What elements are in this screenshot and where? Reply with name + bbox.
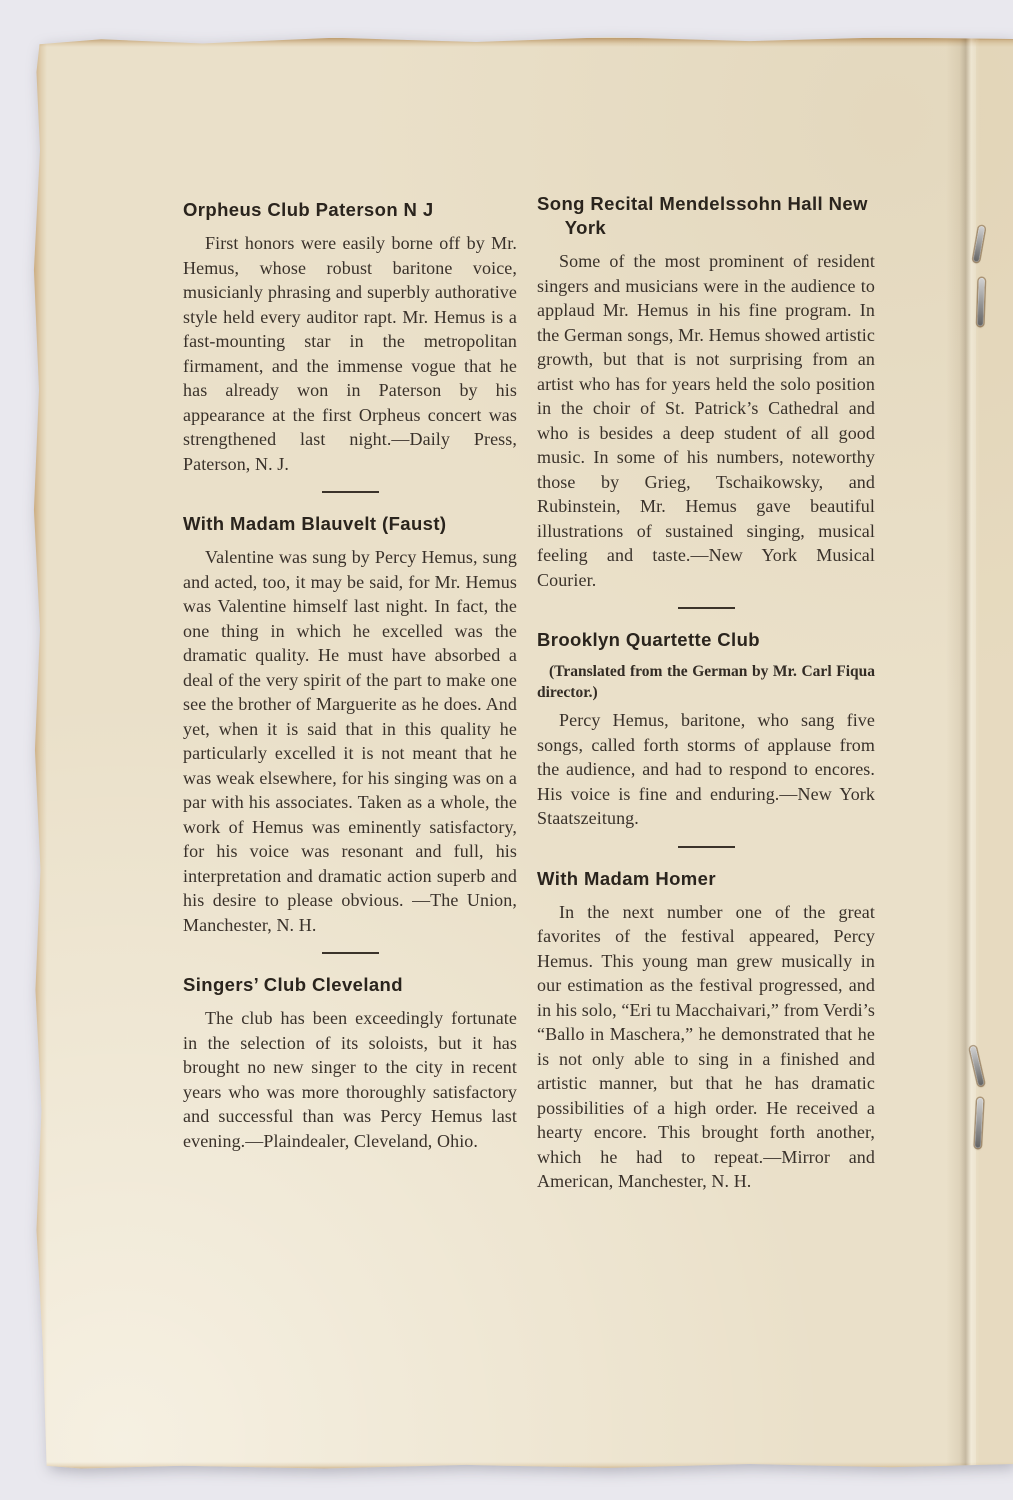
review-heading: With Madam Blauvelt (Faust)	[183, 512, 517, 536]
review-section-madam-blauvelt: With Madam Blauvelt (Faust) Valentine wa…	[183, 512, 517, 937]
review-section-song-recital: Song Recital Mendelssohn Hall New York S…	[537, 192, 875, 592]
review-heading: Brooklyn Quartette Club	[537, 628, 875, 652]
section-divider	[678, 846, 735, 848]
scan-background: Orpheus Club Paterson N J First honors w…	[0, 0, 1013, 1500]
review-paragraph: Some of the most prominent of resident s…	[537, 249, 875, 592]
review-heading: Singers’ Club Cleveland	[183, 973, 517, 997]
staple-wire	[975, 1098, 984, 1148]
review-section-orpheus-club: Orpheus Club Paterson N J First honors w…	[183, 198, 517, 476]
review-heading: Orpheus Club Paterson N J	[183, 198, 517, 222]
review-section-brooklyn-quartette: Brooklyn Quartette Club (Translated from…	[537, 628, 875, 831]
staple-wire	[970, 1046, 985, 1086]
review-paragraph: The club has been exceedingly fortunate …	[183, 1006, 517, 1153]
review-paragraph: Percy Hemus, baritone, who sang five son…	[537, 708, 875, 831]
staple-wire	[973, 226, 985, 262]
deckle-edge-top	[33, 38, 1013, 47]
staple-wire	[977, 278, 985, 326]
left-column: Orpheus Club Paterson N J First honors w…	[183, 198, 517, 1165]
page-shadow: Orpheus Club Paterson N J First honors w…	[0, 0, 1013, 1500]
review-section-madam-homer: With Madam Homer In the next number one …	[537, 867, 875, 1194]
review-translation-note: (Translated from the German by Mr. Carl …	[537, 661, 875, 703]
review-paragraph: First honors were easily borne off by Mr…	[183, 231, 517, 476]
booklet-page: Orpheus Club Paterson N J First honors w…	[0, 0, 1013, 1500]
section-divider	[678, 607, 735, 609]
review-paragraph: Valentine was sung by Percy Hemus, sung …	[183, 545, 517, 937]
right-column: Song Recital Mendelssohn Hall New York S…	[537, 192, 875, 1206]
deckle-edge-left	[33, 40, 47, 1470]
review-section-singers-club: Singers’ Club Cleveland The club has bee…	[183, 973, 517, 1153]
deckle-edge-bottom	[38, 1462, 1013, 1470]
staple-icon	[972, 226, 988, 336]
review-paragraph: In the next number one of the great favo…	[537, 900, 875, 1194]
review-heading: Song Recital Mendelssohn Hall New York	[537, 192, 875, 240]
staple-icon	[966, 1046, 986, 1156]
section-divider	[322, 952, 379, 954]
review-heading: With Madam Homer	[537, 867, 875, 891]
section-divider	[322, 491, 379, 493]
